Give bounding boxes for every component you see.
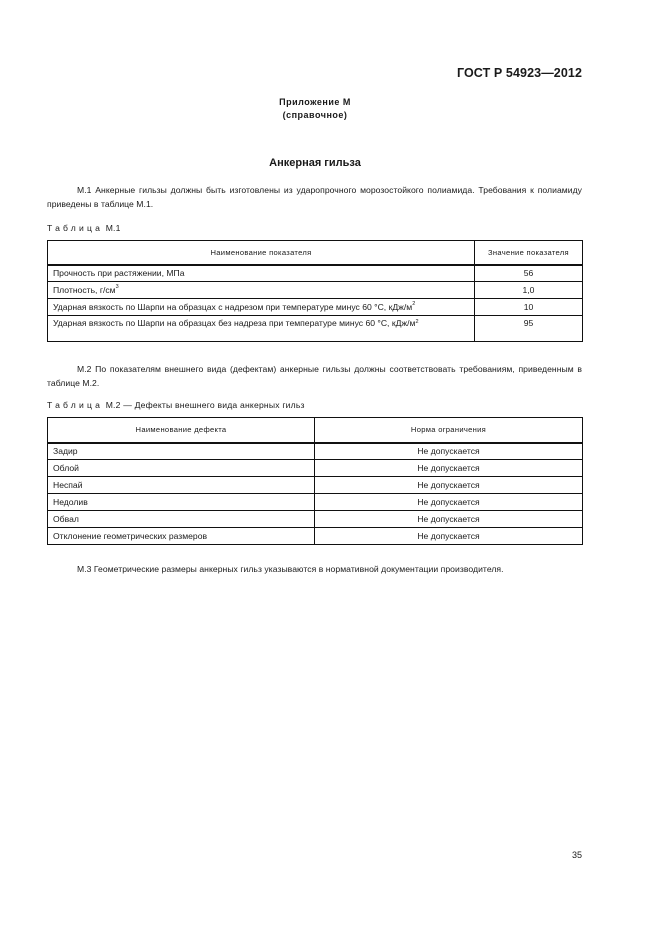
indicator-value: 1,0 <box>475 282 583 299</box>
table-caption-word: Таблица <box>47 400 103 410</box>
paragraph-m2-text: М.2 По показателям внешнего вида (дефект… <box>47 364 582 388</box>
table-row: Плотность, г/см3 1,0 <box>48 282 583 299</box>
table-m2: Наименование дефекта Норма ограничения З… <box>47 417 583 545</box>
defect-norm: Не допускается <box>315 528 583 545</box>
defect-norm: Не допускается <box>315 443 583 460</box>
table-row: Задир Не допускается <box>48 443 583 460</box>
indicator-value: 56 <box>475 265 583 282</box>
indicator-value: 95 <box>475 316 583 342</box>
indicator-name-cell: Ударная вязкость по Шарпи на образцах с … <box>48 299 475 316</box>
column-header-norm: Норма ограничения <box>315 418 583 443</box>
defect-norm: Не допускается <box>315 460 583 477</box>
table-caption-title: — Дефекты внешнего вида анкерных гильз <box>121 400 305 410</box>
appendix-subtitle: (справочное) <box>230 110 400 120</box>
table-row: Недолив Не допускается <box>48 494 583 511</box>
defect-norm: Не допускается <box>315 477 583 494</box>
defect-name: Неспай <box>48 477 315 494</box>
page-number: 35 <box>560 850 582 860</box>
defect-name: Задир <box>48 443 315 460</box>
section-title: Анкерная гильза <box>200 157 430 169</box>
appendix-title: Приложение М <box>230 97 400 107</box>
table-row: Обвал Не допускается <box>48 511 583 528</box>
indicator-name: Плотность, г/см <box>53 285 116 295</box>
indicator-name: Ударная вязкость по Шарпи на образцах с … <box>53 302 412 312</box>
indicator-name-cell: Плотность, г/см3 <box>48 282 475 299</box>
table-m1-caption: Таблица М.1 <box>47 223 121 233</box>
defect-norm: Не допускается <box>315 494 583 511</box>
defect-name: Недолив <box>48 494 315 511</box>
table-caption-id: М.1 <box>106 223 121 233</box>
unit-superscript: 2 <box>412 301 415 307</box>
table-row: Неспай Не допускается <box>48 477 583 494</box>
table-caption-word: Таблица <box>47 223 103 233</box>
table-row: Отклонение геометрических размеров Не до… <box>48 528 583 545</box>
column-header-defect-name: Наименование дефекта <box>48 418 315 443</box>
indicator-name-cell: Прочность при растяжении, МПа <box>48 265 475 282</box>
paragraph-m1-text: М.1 Анкерные гильзы должны быть изготовл… <box>47 185 582 209</box>
column-header-indicator-name: Наименование показателя <box>48 241 475 265</box>
defect-name: Отклонение геометрических размеров <box>48 528 315 545</box>
indicator-name-cell: Ударная вязкость по Шарпи на образцах бе… <box>48 316 475 342</box>
unit-superscript: 3 <box>116 284 119 290</box>
table-caption-id: М.2 <box>106 400 121 410</box>
table-row: Облой Не допускается <box>48 460 583 477</box>
standard-number: ГОСТ Р 54923—2012 <box>430 66 582 80</box>
unit-superscript: 2 <box>415 319 418 325</box>
defect-norm: Не допускается <box>315 511 583 528</box>
column-header-indicator-value: Значение показателя <box>475 241 583 265</box>
indicator-name: Прочность при растяжении, МПа <box>53 268 184 278</box>
table-row: Прочность при растяжении, МПа 56 <box>48 265 583 282</box>
table-row: Ударная вязкость по Шарпи на образцах бе… <box>48 316 583 342</box>
indicator-name: Ударная вязкость по Шарпи на образцах бе… <box>53 318 415 328</box>
paragraph-m3-text: М.3 Геометрические размеры анкерных гиль… <box>77 564 504 574</box>
table-row: Ударная вязкость по Шарпи на образцах с … <box>48 299 583 316</box>
table-m1: Наименование показателя Значение показат… <box>47 240 583 342</box>
defect-name: Облой <box>48 460 315 477</box>
table-header-row: Наименование дефекта Норма ограничения <box>48 418 583 443</box>
paragraph-m3: М.3 Геометрические размеры анкерных гиль… <box>47 562 582 576</box>
indicator-value: 10 <box>475 299 583 316</box>
table-m2-caption: Таблица М.2 — Дефекты внешнего вида анке… <box>47 400 305 410</box>
paragraph-m1: М.1 Анкерные гильзы должны быть изготовл… <box>47 183 582 211</box>
table-header-row: Наименование показателя Значение показат… <box>48 241 583 265</box>
paragraph-m2: М.2 По показателям внешнего вида (дефект… <box>47 362 582 390</box>
defect-name: Обвал <box>48 511 315 528</box>
